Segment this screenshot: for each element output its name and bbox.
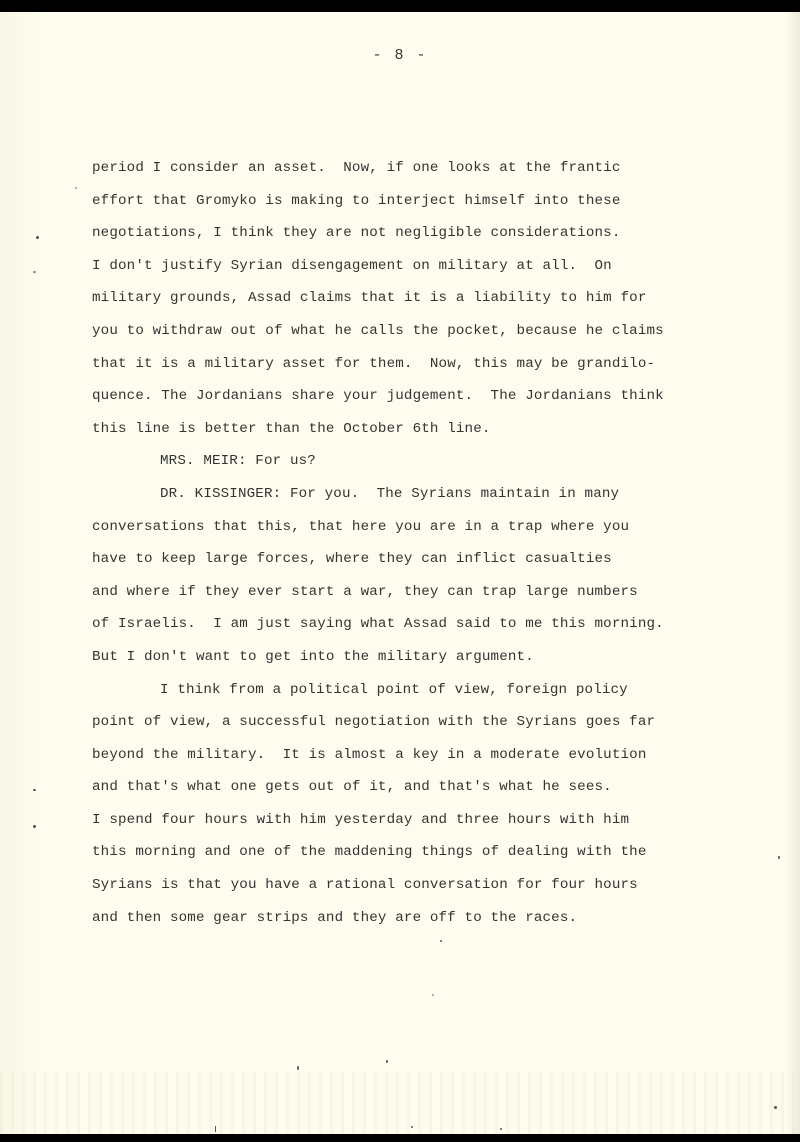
text-line: effort that Gromyko is making to interje… [92, 185, 752, 218]
margin-mark [440, 940, 442, 942]
text-line: conversations that this, that here you a… [92, 511, 752, 544]
text-line: beyond the military. It is almost a key … [92, 739, 752, 772]
margin-mark [432, 994, 434, 996]
transcript-body: period I consider an asset. Now, if one … [92, 152, 752, 934]
paragraph-start-line: I think from a political point of view, … [92, 674, 752, 707]
margin-mark [774, 1106, 777, 1109]
text-line: I spend four hours with him yesterday an… [92, 804, 752, 837]
margin-mark [33, 789, 36, 791]
text-line: this line is better than the October 6th… [92, 413, 752, 446]
speaker-line-kissinger: DR. KISSINGER: For you. The Syrians main… [92, 478, 752, 511]
text-line: you to withdraw out of what he calls the… [92, 315, 752, 348]
margin-mark [215, 1126, 216, 1132]
text-line: and where if they ever start a war, they… [92, 576, 752, 609]
margin-mark [297, 1066, 299, 1070]
text-line: point of view, a successful negotiation … [92, 706, 752, 739]
text-line: military grounds, Assad claims that it i… [92, 282, 752, 315]
document-page: - 8 - period I consider an asset. Now, i… [0, 12, 800, 1134]
margin-mark [411, 1126, 413, 1128]
speaker-line-meir: MRS. MEIR: For us? [92, 445, 752, 478]
margin-mark [33, 271, 36, 273]
page-number: - 8 - [0, 47, 800, 64]
text-line: period I consider an asset. Now, if one … [92, 152, 752, 185]
margin-mark [33, 825, 36, 828]
text-line: quence. The Jordanians share your judgem… [92, 380, 752, 413]
margin-mark [75, 187, 77, 189]
text-line: that it is a military asset for them. No… [92, 348, 752, 381]
text-line: and then some gear strips and they are o… [92, 902, 752, 935]
text-line: negotiations, I think they are not negli… [92, 217, 752, 250]
text-line: I don't justify Syrian disengagement on … [92, 250, 752, 283]
text-line: this morning and one of the maddening th… [92, 836, 752, 869]
text-line: of Israelis. I am just saying what Assad… [92, 608, 752, 641]
margin-mark [36, 236, 39, 239]
text-line: and that's what one gets out of it, and … [92, 771, 752, 804]
scan-noise [0, 1072, 800, 1134]
margin-mark [500, 1128, 502, 1130]
text-line: Syrians is that you have a rational conv… [92, 869, 752, 902]
text-line: have to keep large forces, where they ca… [92, 543, 752, 576]
margin-mark [778, 856, 780, 859]
margin-mark [386, 1060, 388, 1063]
text-line: But I don't want to get into the militar… [92, 641, 752, 674]
